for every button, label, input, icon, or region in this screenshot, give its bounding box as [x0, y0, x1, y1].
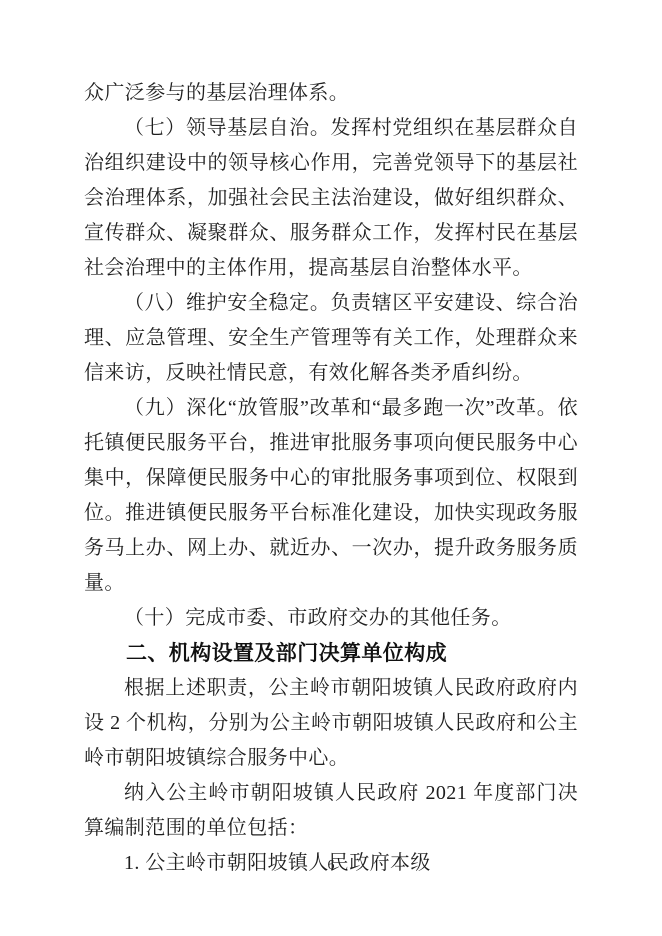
- page-footer: 6: [0, 856, 662, 874]
- paragraph-duty-7-lead-grassroots-autonomy: （七）领导基层自治。发挥村党组织在基层群众自治组织建设中的领导核心作用，完善党领…: [84, 111, 578, 286]
- paragraph-duty-9-deepen-reform: （九）深化“放管服”改革和“最多跑一次”改革。依托镇便民服务平台，推进审批服务事…: [84, 391, 578, 601]
- paragraph-duty-8-maintain-safety-stability: （八）维护安全稳定。负责辖区平安建设、综合治理、应急管理、安全生产管理等有关工作…: [84, 286, 578, 391]
- document-body: 众广泛参与的基层治理体系。 （七）领导基层自治。发挥村党组织在基层群众自治组织建…: [84, 76, 578, 881]
- paragraph-duty-10-other-tasks: （十）完成市委、市政府交办的其他任务。: [84, 601, 578, 636]
- paragraph-budget-scope-intro: 纳入公主岭市朝阳坡镇人民政府 2021 年度部门决算编制范围的单位包括：: [84, 776, 578, 846]
- page-number: 6: [328, 858, 335, 873]
- paragraph-continuation: 众广泛参与的基层治理体系。: [84, 76, 578, 111]
- paragraph-internal-organs: 根据上述职责，公主岭市朝阳坡镇人民政府政府内设 2 个机构，分别为公主岭市朝阳坡…: [84, 671, 578, 776]
- document-page: 众广泛参与的基层治理体系。 （七）领导基层自治。发挥村党组织在基层群众自治组织建…: [0, 0, 662, 936]
- section-heading-org-setup: 二、机构设置及部门决算单位构成: [84, 636, 578, 671]
